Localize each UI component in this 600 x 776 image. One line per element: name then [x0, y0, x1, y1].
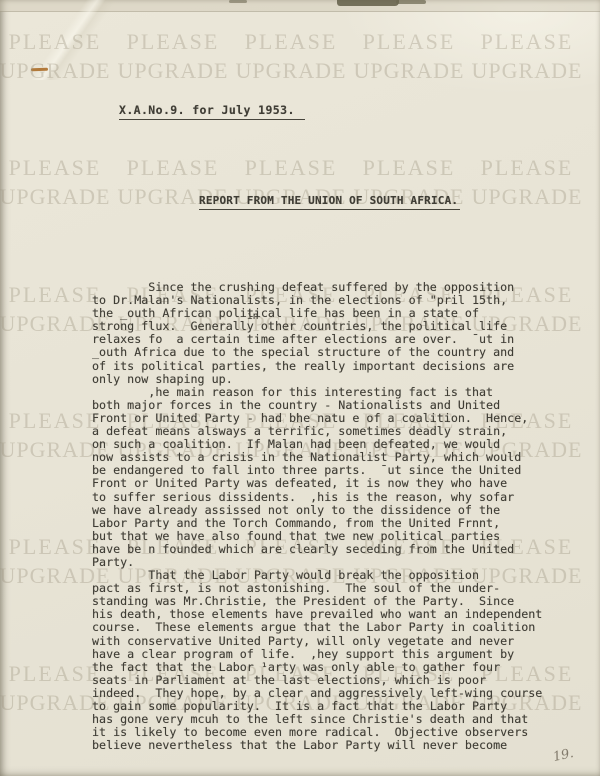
- body-line: Labor Party and the Torch Commando, from…: [92, 517, 542, 530]
- watermark-tile: PLEASEUPGRADE: [228, 31, 354, 82]
- body-line: course. These elements argue that the La…: [92, 621, 542, 634]
- body-line: only now shaping up.: [92, 373, 542, 386]
- body-line: believe nevertheless that the Labor Part…: [92, 739, 542, 752]
- watermark-tile: PLEASEUPGRADE: [110, 31, 236, 82]
- watermark-line2: UPGRADE: [464, 60, 590, 82]
- watermark-line2: UPGRADE: [228, 60, 354, 82]
- body-line: _outh Africa due to the special structur…: [92, 346, 542, 359]
- watermark-tile: PLEASEUPGRADE: [464, 157, 590, 208]
- watermark-tile: PLEASEUPGRADE: [346, 31, 472, 82]
- reference-heading: X.A.No.9. for July 1953.: [119, 103, 305, 120]
- body-line: of its political parties, the really imp…: [92, 360, 542, 373]
- body-line: the fact that the Labor ¹arty was only a…: [92, 661, 542, 674]
- watermark-line1: PLEASE: [110, 157, 236, 179]
- watermark-line2: UPGRADE: [464, 186, 590, 208]
- watermark-tile: PLEASEUPGRADE: [0, 157, 118, 208]
- watermark-line1: PLEASE: [110, 31, 236, 53]
- body-line: both major forces in the country - Natio…: [92, 399, 542, 412]
- body-line: Front or United Party was defeated, it i…: [92, 477, 542, 490]
- body-line: have a clear program of life. ,hey suppo…: [92, 648, 542, 661]
- document-body: Since the crushing defeat suffered by th…: [92, 281, 542, 752]
- watermark-tile: PLEASEUPGRADE: [0, 31, 118, 82]
- watermark-line2: UPGRADE: [346, 60, 472, 82]
- watermark-line1: PLEASE: [464, 31, 590, 53]
- inserted-word-annotation: in: [247, 311, 258, 322]
- body-line: have be n founded which are clearly sece…: [92, 543, 542, 556]
- watermark-line1: PLEASE: [0, 31, 118, 53]
- watermark-line1: PLEASE: [346, 31, 472, 53]
- watermark-line2: UPGRADE: [0, 60, 118, 82]
- body-line: seats in Parliament at the last election…: [92, 674, 542, 687]
- watermark-line2: UPGRADE: [110, 60, 236, 82]
- watermark-line1: PLEASE: [346, 157, 472, 179]
- body-line: ,he main reason for this interesting fac…: [92, 386, 542, 399]
- watermark-line1: PLEASE: [228, 157, 354, 179]
- document-title: REPORT FROM THE UNION OF SOUTH AFRICA.: [199, 194, 460, 210]
- watermark-line1: PLEASE: [0, 157, 118, 179]
- body-line: but that we have also found that twe new…: [92, 530, 542, 543]
- watermark-line1: PLEASE: [464, 157, 590, 179]
- watermark-line2: UPGRADE: [0, 186, 118, 208]
- body-line: we have already assissed not only to the…: [92, 504, 542, 517]
- body-line: to suffer serious dissidents. ,his is th…: [92, 491, 542, 504]
- watermark-line1: PLEASE: [228, 31, 354, 53]
- body-line: with conservative United Party, will onl…: [92, 635, 542, 648]
- watermark-tile: PLEASEUPGRADE: [464, 31, 590, 82]
- scanned-document-page: PLEASEUPGRADEPLEASEUPGRADEPLEASEUPGRADEP…: [0, 0, 600, 776]
